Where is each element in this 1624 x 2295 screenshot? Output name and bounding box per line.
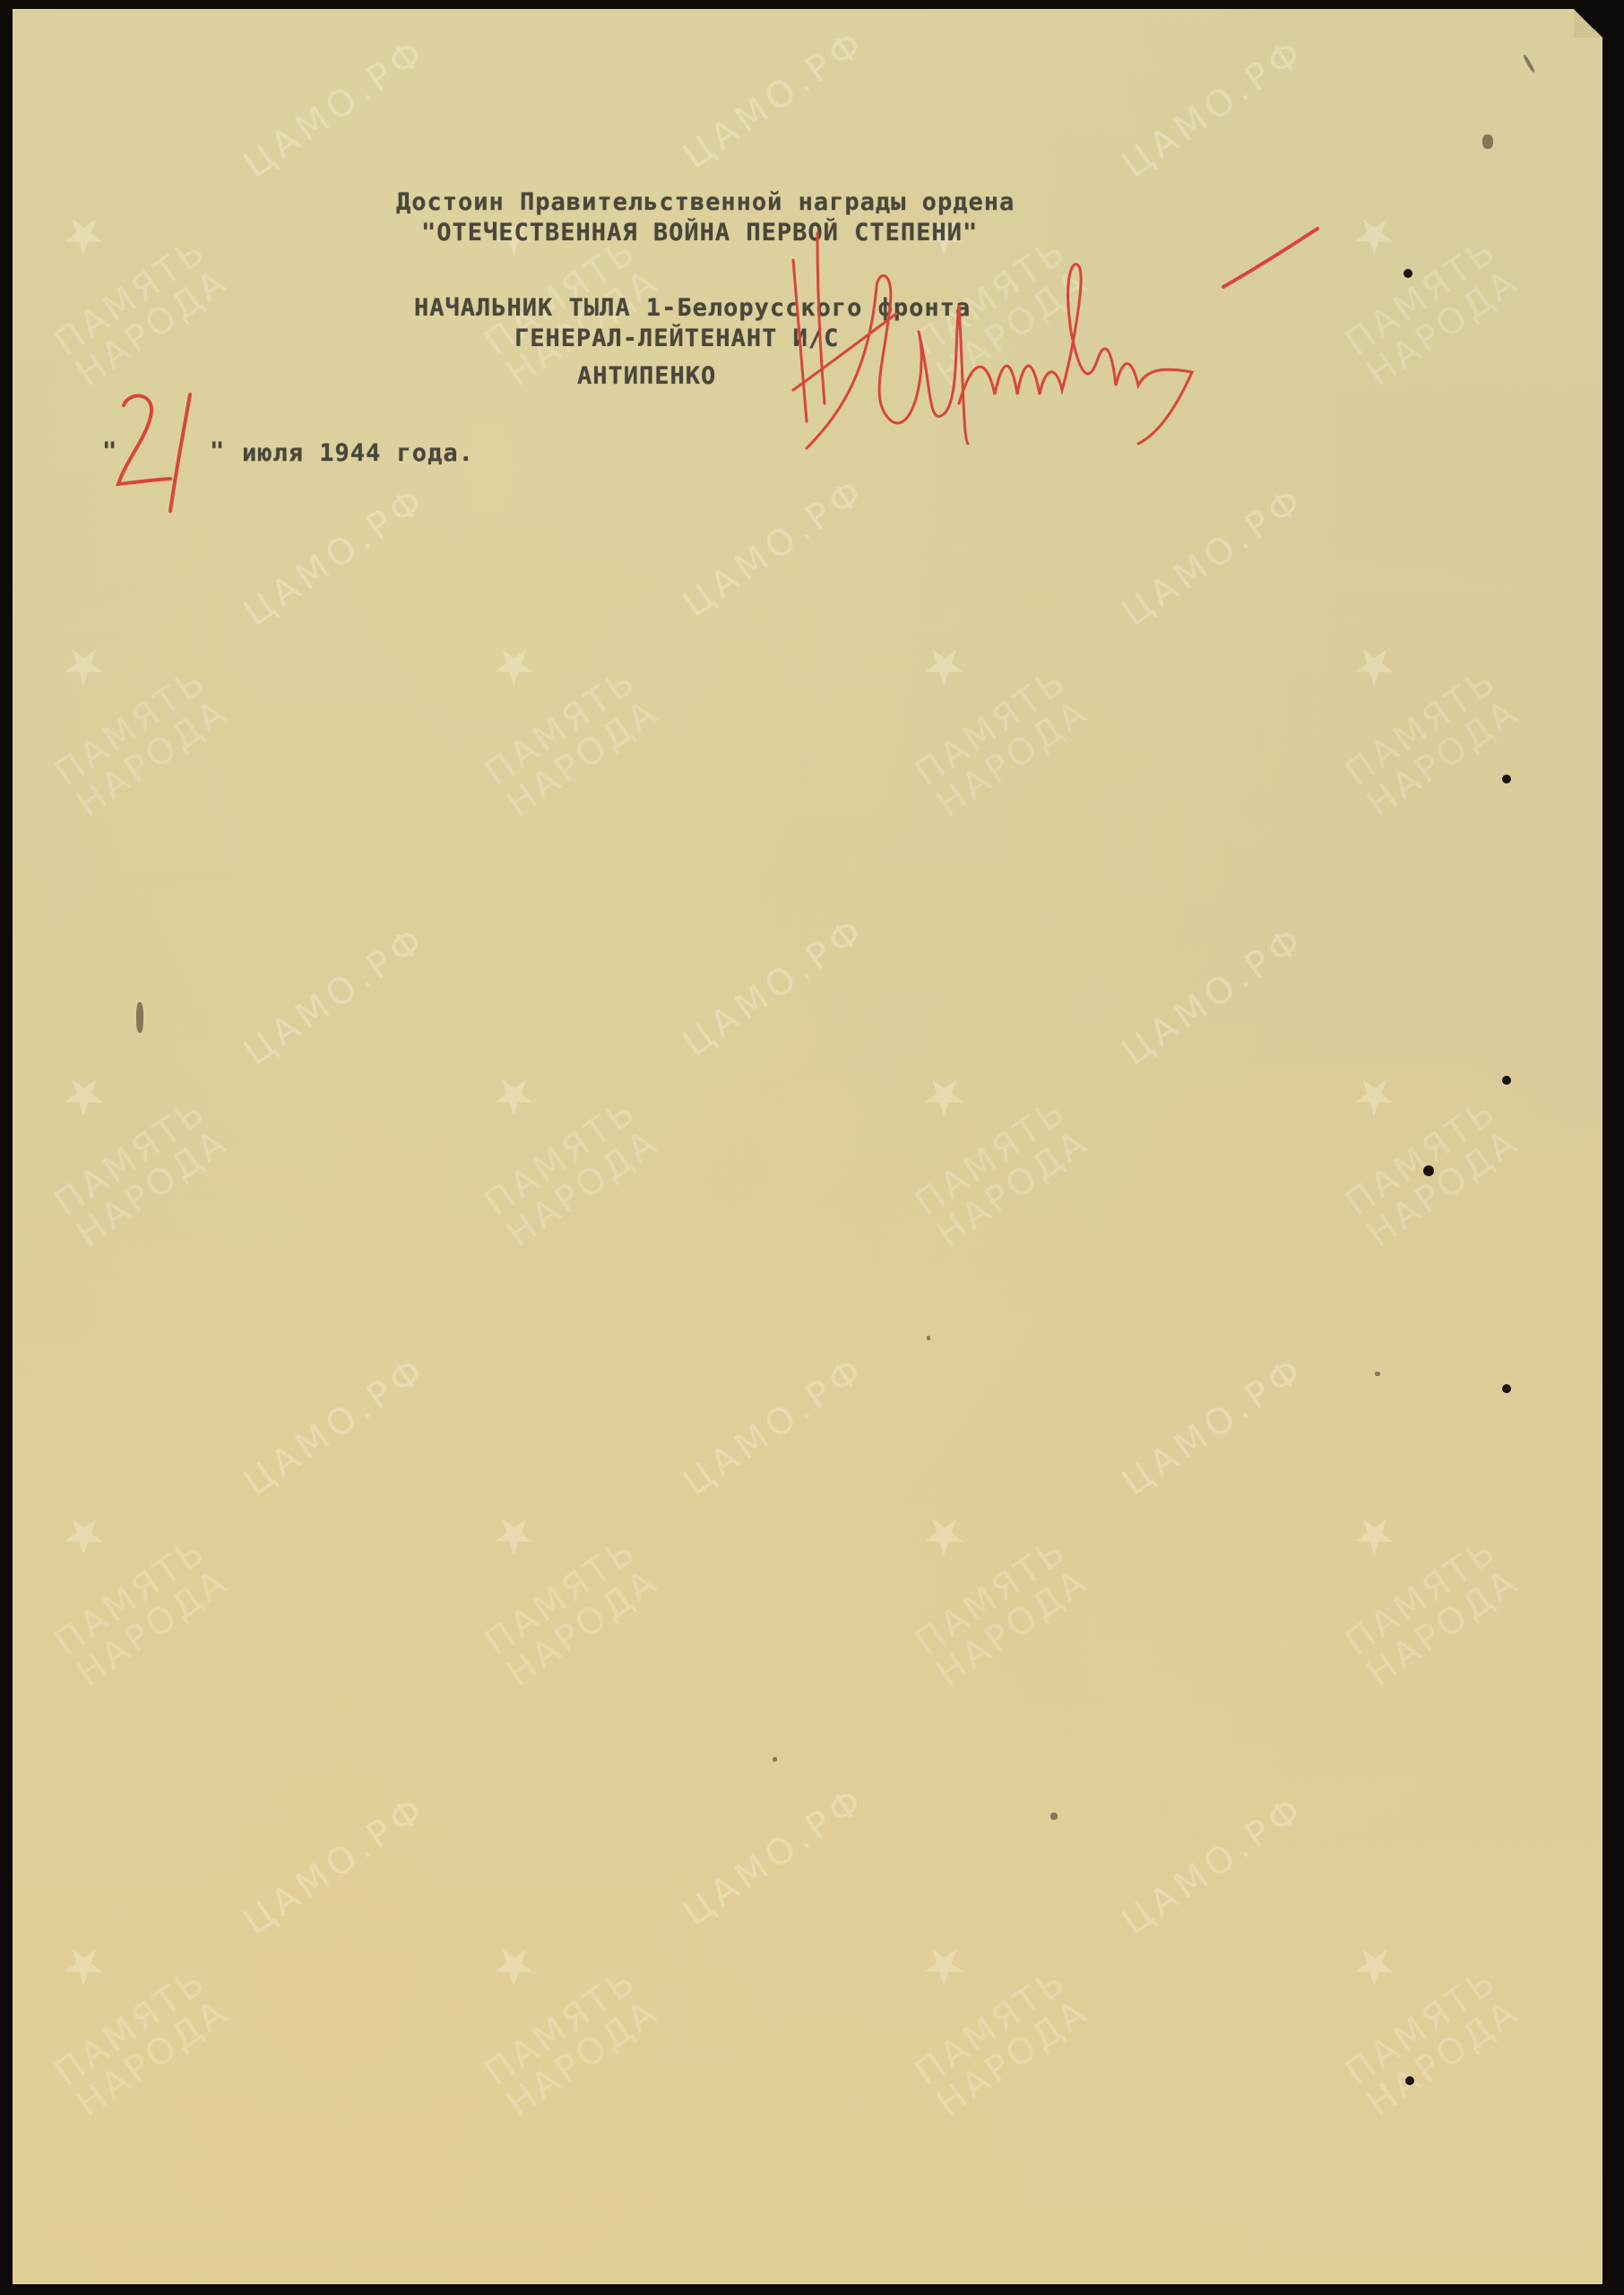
- watermark-project-line-1: ПАМЯТЬ: [1338, 229, 1506, 364]
- watermark-archive: ЦАМО.РФ: [676, 22, 874, 178]
- watermark-archive: ЦАМО.РФ: [1115, 918, 1313, 1074]
- watermark-project-line-2: НАРОДА: [69, 1561, 237, 1695]
- watermark-project: ПАМЯТЬ НАРОДА: [909, 662, 1095, 824]
- punch-hole: [1502, 775, 1511, 784]
- punch-hole: [1405, 2076, 1414, 2085]
- watermark-project-line-1: ПАМЯТЬ: [908, 1090, 1075, 1225]
- punch-hole: [1502, 1384, 1511, 1393]
- watermark-project-line-1: ПАМЯТЬ: [908, 1529, 1075, 1664]
- watermark-project-line-2: НАРОДА: [1360, 691, 1527, 826]
- star-icon: ★: [1339, 1495, 1413, 1572]
- paper-speck: [927, 1336, 930, 1340]
- watermark-archive: ЦАМО.РФ: [1115, 479, 1313, 635]
- watermark-archive: ЦАМО.РФ: [237, 1348, 435, 1504]
- watermark-project-line-1: ПАМЯТЬ: [1338, 1090, 1506, 1225]
- watermark-project-line-1: ПАМЯТЬ: [48, 1960, 215, 2094]
- watermark-project: ПАМЯТЬ НАРОДА: [909, 1092, 1095, 1254]
- watermark-project-line-1: ПАМЯТЬ: [908, 660, 1075, 794]
- star-icon: ★: [479, 1056, 553, 1132]
- watermark-project: ПАМЯТЬ НАРОДА: [1339, 1962, 1525, 2124]
- watermark-archive: ЦАМО.РФ: [237, 30, 435, 186]
- watermark-archive: ЦАМО.РФ: [1115, 1788, 1313, 1944]
- watermark-project-line-2: НАРОДА: [499, 1561, 667, 1695]
- watermark-project-line-2: НАРОДА: [1360, 1991, 1527, 2126]
- watermark-project-line-2: НАРОДА: [69, 1122, 237, 1256]
- document-scan: ЦАМО.РФ ЦАМО.РФ ЦАМО.РФ ЦАМО.РФ ЦАМО.РФ …: [0, 0, 1624, 2295]
- star-icon: ★: [909, 626, 983, 702]
- watermark-project: ПАМЯТЬ НАРОДА: [909, 1531, 1095, 1693]
- punch-hole: [1423, 1165, 1434, 1176]
- watermark-project-line-1: ПАМЯТЬ: [478, 660, 645, 794]
- punch-hole: [1404, 269, 1412, 278]
- watermark-project: ПАМЯТЬ НАРОДА: [48, 231, 235, 394]
- star-icon: ★: [1339, 1056, 1413, 1132]
- watermark-project: ПАМЯТЬ НАРОДА: [1339, 231, 1525, 394]
- watermark-project-line-2: НАРОДА: [1360, 1561, 1527, 1695]
- watermark-project: ПАМЯТЬ НАРОДА: [48, 1962, 235, 2124]
- watermark-project: ПАМЯТЬ НАРОДА: [48, 1092, 235, 1254]
- watermark-project: ПАМЯТЬ НАРОДА: [479, 1092, 665, 1254]
- paper-speck: [1523, 54, 1535, 73]
- signature: [771, 233, 1326, 466]
- watermark-project: ПАМЯТЬ НАРОДА: [48, 1531, 235, 1693]
- paper-speck: [136, 1002, 143, 1033]
- watermark-project-line-1: ПАМЯТЬ: [48, 229, 215, 364]
- star-icon: ★: [1339, 626, 1413, 702]
- watermark-archive: ЦАМО.РФ: [1115, 30, 1313, 186]
- watermark-archive: ЦАМО.РФ: [676, 1779, 874, 1935]
- star-icon: ★: [48, 1926, 123, 2002]
- watermark-project-line-1: ПАМЯТЬ: [1338, 660, 1506, 794]
- watermark-project-line-1: ПАМЯТЬ: [908, 1960, 1075, 2094]
- watermark-project: ПАМЯТЬ НАРОДА: [1339, 1531, 1525, 1693]
- paper-speck: [1375, 1372, 1380, 1376]
- star-icon: ★: [909, 1926, 983, 2002]
- star-icon: ★: [48, 195, 123, 272]
- watermark-project-line-2: НАРОДА: [69, 261, 237, 395]
- watermark-project-line-2: НАРОДА: [1360, 261, 1527, 395]
- paper-speck: [1482, 134, 1493, 149]
- watermark-project-line-1: ПАМЯТЬ: [48, 660, 215, 794]
- watermark-project-line-2: НАРОДА: [499, 691, 667, 826]
- watermark-project-line-1: ПАМЯТЬ: [478, 1090, 645, 1225]
- star-icon: ★: [479, 1926, 553, 2002]
- watermark-project: ПАМЯТЬ НАРОДА: [1339, 662, 1525, 824]
- award-line-1: Достоин Правительственной награды ордена: [396, 188, 1015, 216]
- watermark-archive: ЦАМО.РФ: [237, 1788, 435, 1944]
- watermark-project-line-2: НАРОДА: [929, 691, 1097, 826]
- star-icon: ★: [909, 1495, 983, 1572]
- star-icon: ★: [48, 1495, 123, 1572]
- paper-speck: [773, 1757, 777, 1762]
- position-line-3: АНТИПЕНКО: [577, 362, 716, 390]
- watermark-project: ПАМЯТЬ НАРОДА: [909, 1962, 1095, 2124]
- watermark-project-line-2: НАРОДА: [499, 1991, 667, 2126]
- star-icon: ★: [479, 626, 553, 702]
- star-icon: ★: [1339, 195, 1413, 272]
- star-icon: ★: [1339, 1926, 1413, 2002]
- watermark-project: ПАМЯТЬ НАРОДА: [48, 662, 235, 824]
- date-day-handwritten: 21: [108, 385, 215, 520]
- punch-hole: [1502, 1076, 1511, 1085]
- watermark-archive: ЦАМО.РФ: [676, 470, 874, 626]
- watermark-project-line-2: НАРОДА: [69, 691, 237, 826]
- watermark-project-line-1: ПАМЯТЬ: [1338, 1960, 1506, 2094]
- star-icon: ★: [479, 1495, 553, 1572]
- date-month-year: июля 1944 года.: [242, 439, 474, 467]
- watermark-archive: ЦАМО.РФ: [676, 1348, 874, 1504]
- paper-corner-fold: [1574, 9, 1602, 38]
- watermark-project-line-1: ПАМЯТЬ: [1338, 1529, 1506, 1664]
- paper-speck: [1050, 1813, 1058, 1820]
- watermark-project-line-2: НАРОДА: [929, 1991, 1097, 2126]
- star-icon: ★: [909, 1056, 983, 1132]
- watermark-project-line-2: НАРОДА: [499, 1122, 667, 1256]
- star-icon: ★: [48, 626, 123, 702]
- watermark-project-line-1: ПАМЯТЬ: [48, 1090, 215, 1225]
- watermark-archive: ЦАМО.РФ: [237, 479, 435, 635]
- star-icon: ★: [48, 1056, 123, 1132]
- watermark-archive: ЦАМО.РФ: [1115, 1348, 1313, 1504]
- watermark-archive: ЦАМО.РФ: [237, 918, 435, 1074]
- watermark-project-line-1: ПАМЯТЬ: [478, 1529, 645, 1664]
- watermark-project-line-2: НАРОДА: [929, 1122, 1097, 1256]
- watermark-archive: ЦАМО.РФ: [676, 909, 874, 1065]
- watermark-project: ПАМЯТЬ НАРОДА: [479, 1962, 665, 2124]
- watermark-project-line-2: НАРОДА: [929, 1561, 1097, 1695]
- watermark-project-line-1: ПАМЯТЬ: [478, 1960, 645, 2094]
- watermark-project-line-1: ПАМЯТЬ: [48, 1529, 215, 1664]
- watermark-project: ПАМЯТЬ НАРОДА: [479, 1531, 665, 1693]
- watermark-project-line-2: НАРОДА: [69, 1991, 237, 2126]
- watermark-project: ПАМЯТЬ НАРОДА: [479, 662, 665, 824]
- watermark-project-line-2: НАРОДА: [1360, 1122, 1527, 1256]
